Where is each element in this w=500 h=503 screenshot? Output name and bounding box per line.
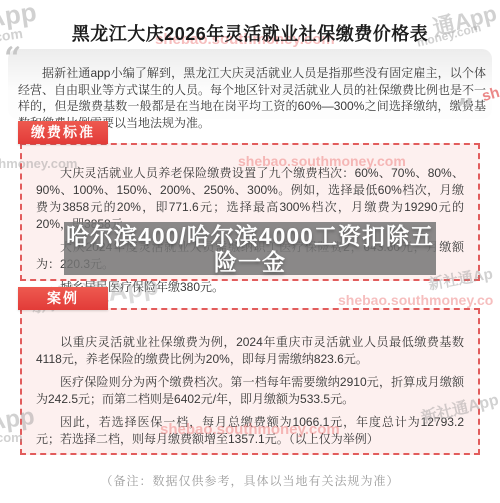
footer-note: （备注：数据仅供参考，具体以当地有关法规为准） [0,472,500,489]
close-quote-mark: ” [457,96,474,126]
overlay-title-line1: 哈尔滨400/哈尔滨4000工资扣除五 [66,223,434,249]
infographic-page: App com 通App money.com shebao.southmoney… [0,0,500,503]
section-tag-payment-standard: 缴费标准 [18,121,108,144]
case-example-panel: 以重庆灵活就业社保缴费为例，2024年重庆市灵活就业人员最低缴费基数4118元，… [20,308,480,455]
case-example-paragraph: 以重庆灵活就业社保缴费为例，2024年重庆市灵活就业人员最低缴费基数4118元，… [36,334,464,368]
caption-overlay: 哈尔滨400/哈尔滨4000工资扣除五 险一金 [64,222,436,275]
overlay-title-line2: 险一金 [214,249,286,275]
section-tag-case-example: 案例 [18,287,108,310]
case-example-paragraph: 因此，若选择医保一档，每月总缴费额为1066.1元，年度总计为12793.2元；… [36,414,464,448]
page-title: 黑龙江大庆2026年灵活就业社保缴费价格表 [0,20,500,46]
case-example-paragraph: 医疗保险则分为两个缴费档次。第一档每年需要缴纳2910元，折算成月缴额为242.… [36,374,464,408]
